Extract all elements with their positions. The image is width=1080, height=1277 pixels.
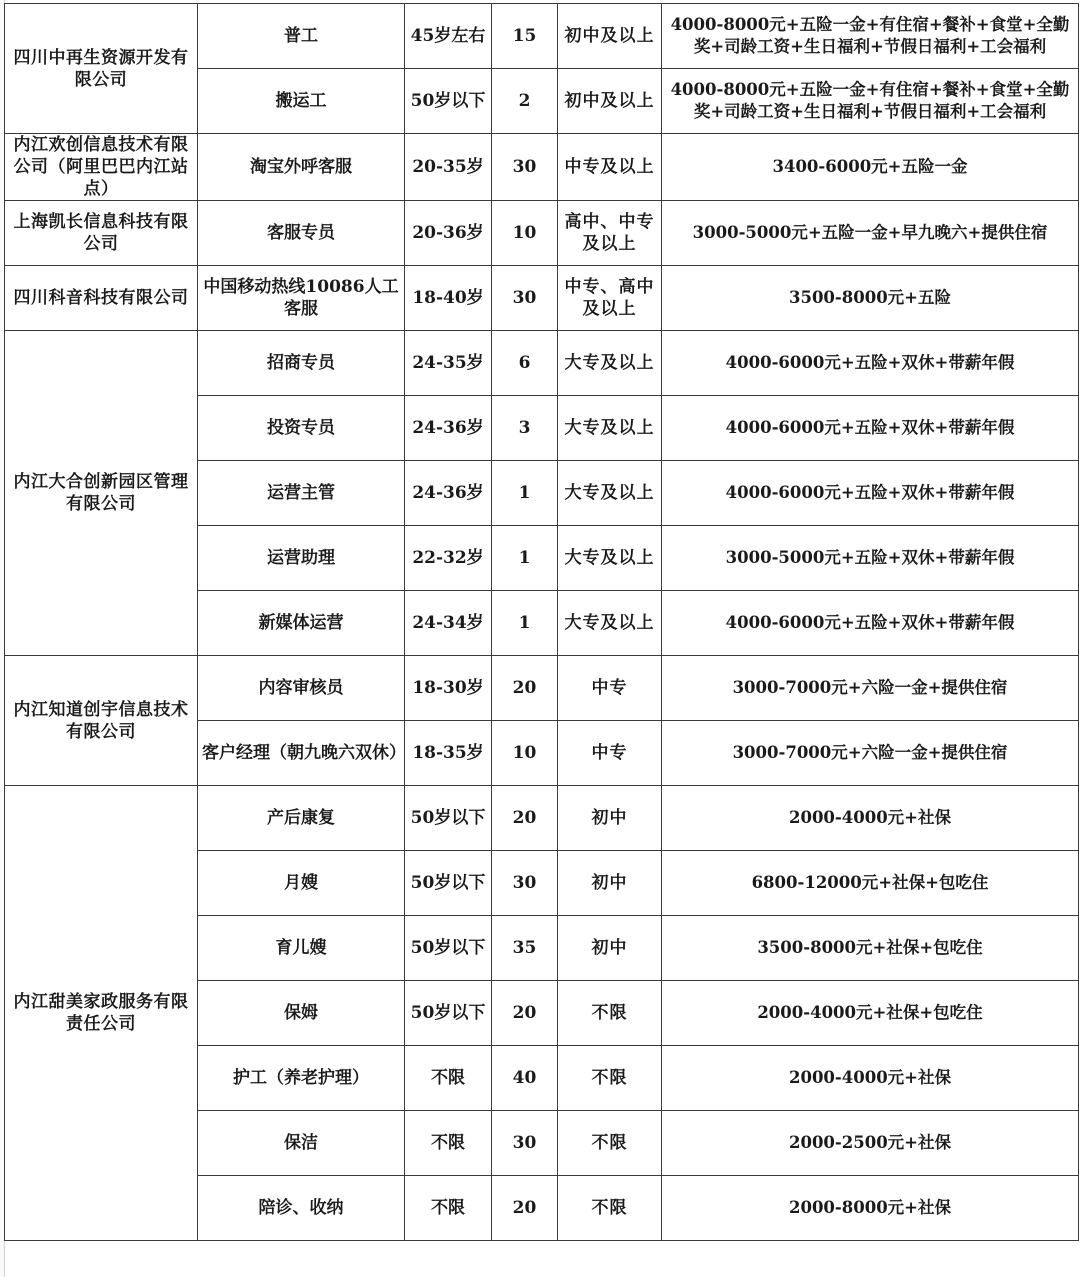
age-cell: 24-36岁: [405, 396, 492, 461]
table-row: 四川科音科技有限公司 中国移动热线10086人工客服 18-40岁 30 中专、…: [5, 266, 1079, 331]
position-cell: 陪诊、收纳: [198, 1176, 405, 1241]
position-cell: 搬运工: [198, 69, 405, 134]
count-cell: 15: [492, 4, 558, 69]
count-cell: 35: [492, 916, 558, 981]
count-cell: 30: [492, 134, 558, 201]
age-cell: 18-40岁: [405, 266, 492, 331]
education-cell: 初中: [558, 916, 662, 981]
salary-cell: 4000-6000元+五险+双休+带薪年假: [662, 591, 1079, 656]
count-cell: 30: [492, 266, 558, 331]
position-cell: 产后康复: [198, 786, 405, 851]
job-listing-table: 四川中再生资源开发有限公司 普工 45岁左右 15 初中及以上 4000-800…: [4, 3, 1079, 1241]
count-cell: 20: [492, 656, 558, 721]
company-cell: 内江甜美家政服务有限责任公司: [5, 786, 198, 1241]
education-cell: 不限: [558, 1046, 662, 1111]
age-cell: 20-36岁: [405, 201, 492, 266]
position-cell: 中国移动热线10086人工客服: [198, 266, 405, 331]
company-cell: 内江欢创信息技术有限公司（阿里巴巴内江站点）: [5, 134, 198, 201]
salary-cell: 4000-6000元+五险+双休+带薪年假: [662, 396, 1079, 461]
count-cell: 3: [492, 396, 558, 461]
education-cell: 中专: [558, 721, 662, 786]
age-cell: 18-30岁: [405, 656, 492, 721]
salary-cell: 2000-8000元+社保: [662, 1176, 1079, 1241]
age-cell: 18-35岁: [405, 721, 492, 786]
age-cell: 50岁以下: [405, 786, 492, 851]
education-cell: 不限: [558, 981, 662, 1046]
education-cell: 高中、中专及以上: [558, 201, 662, 266]
table-row: 四川中再生资源开发有限公司 普工 45岁左右 15 初中及以上 4000-800…: [5, 4, 1079, 69]
company-cell: 四川科音科技有限公司: [5, 266, 198, 331]
salary-cell: 2000-4000元+社保: [662, 1046, 1079, 1111]
count-cell: 30: [492, 1111, 558, 1176]
count-cell: 2: [492, 69, 558, 134]
salary-cell: 3400-6000元+五险一金: [662, 134, 1079, 201]
salary-cell: 2000-2500元+社保: [662, 1111, 1079, 1176]
count-cell: 10: [492, 721, 558, 786]
age-cell: 45岁左右: [405, 4, 492, 69]
position-cell: 客户经理（朝九晚六双休）: [198, 721, 405, 786]
education-cell: 中专: [558, 656, 662, 721]
position-cell: 淘宝外呼客服: [198, 134, 405, 201]
count-cell: 10: [492, 201, 558, 266]
education-cell: 中专及以上: [558, 134, 662, 201]
salary-cell: 3500-8000元+社保+包吃住: [662, 916, 1079, 981]
count-cell: 1: [492, 526, 558, 591]
count-cell: 1: [492, 591, 558, 656]
age-cell: 不限: [405, 1111, 492, 1176]
salary-cell: 6800-12000元+社保+包吃住: [662, 851, 1079, 916]
company-cell: 内江知道创宇信息技术有限公司: [5, 656, 198, 786]
salary-cell: 4000-6000元+五险+双休+带薪年假: [662, 461, 1079, 526]
age-cell: 50岁以下: [405, 981, 492, 1046]
table-row: 内江大合创新园区管理有限公司 招商专员 24-35岁 6 大专及以上 4000-…: [5, 331, 1079, 396]
age-cell: 20-35岁: [405, 134, 492, 201]
position-cell: 运营助理: [198, 526, 405, 591]
education-cell: 初中及以上: [558, 69, 662, 134]
salary-cell: 4000-6000元+五险+双休+带薪年假: [662, 331, 1079, 396]
salary-cell: 4000-8000元+五险一金+有住宿+餐补+食堂+全勤奖+司龄工资+生日福利+…: [662, 69, 1079, 134]
education-cell: 大专及以上: [558, 331, 662, 396]
age-cell: 24-34岁: [405, 591, 492, 656]
company-cell: 上海凯长信息科技有限公司: [5, 201, 198, 266]
position-cell: 客服专员: [198, 201, 405, 266]
count-cell: 30: [492, 851, 558, 916]
age-cell: 24-35岁: [405, 331, 492, 396]
age-cell: 22-32岁: [405, 526, 492, 591]
count-cell: 40: [492, 1046, 558, 1111]
salary-cell: 3000-5000元+五险一金+早九晚六+提供住宿: [662, 201, 1079, 266]
age-cell: 50岁以下: [405, 851, 492, 916]
table-row: 内江知道创宇信息技术有限公司 内容审核员 18-30岁 20 中专 3000-7…: [5, 656, 1079, 721]
age-cell: 24-36岁: [405, 461, 492, 526]
education-cell: 初中及以上: [558, 4, 662, 69]
education-cell: 大专及以上: [558, 591, 662, 656]
age-cell: 50岁以下: [405, 916, 492, 981]
salary-cell: 4000-8000元+五险一金+有住宿+餐补+食堂+全勤奖+司龄工资+生日福利+…: [662, 4, 1079, 69]
table-row: 内江甜美家政服务有限责任公司 产后康复 50岁以下 20 初中 2000-400…: [5, 786, 1079, 851]
salary-cell: 2000-4000元+社保: [662, 786, 1079, 851]
education-cell: 初中: [558, 851, 662, 916]
position-cell: 普工: [198, 4, 405, 69]
table-row: 上海凯长信息科技有限公司 客服专员 20-36岁 10 高中、中专及以上 300…: [5, 201, 1079, 266]
position-cell: 育儿嫂: [198, 916, 405, 981]
education-cell: 不限: [558, 1176, 662, 1241]
salary-cell: 3000-7000元+六险一金+提供住宿: [662, 656, 1079, 721]
education-cell: 大专及以上: [558, 526, 662, 591]
count-cell: 20: [492, 981, 558, 1046]
age-cell: 50岁以下: [405, 69, 492, 134]
position-cell: 招商专员: [198, 331, 405, 396]
count-cell: 1: [492, 461, 558, 526]
position-cell: 保姆: [198, 981, 405, 1046]
salary-cell: 2000-4000元+社保+包吃住: [662, 981, 1079, 1046]
company-cell: 四川中再生资源开发有限公司: [5, 4, 198, 134]
education-cell: 初中: [558, 786, 662, 851]
position-cell: 内容审核员: [198, 656, 405, 721]
position-cell: 运营主管: [198, 461, 405, 526]
education-cell: 中专、高中及以上: [558, 266, 662, 331]
position-cell: 新媒体运营: [198, 591, 405, 656]
education-cell: 大专及以上: [558, 461, 662, 526]
count-cell: 6: [492, 331, 558, 396]
education-cell: 不限: [558, 1111, 662, 1176]
position-cell: 月嫂: [198, 851, 405, 916]
count-cell: 20: [492, 786, 558, 851]
position-cell: 保洁: [198, 1111, 405, 1176]
salary-cell: 3500-8000元+五险: [662, 266, 1079, 331]
age-cell: 不限: [405, 1046, 492, 1111]
position-cell: 投资专员: [198, 396, 405, 461]
salary-cell: 3000-5000元+五险+双休+带薪年假: [662, 526, 1079, 591]
table-row: 内江欢创信息技术有限公司（阿里巴巴内江站点） 淘宝外呼客服 20-35岁 30 …: [5, 134, 1079, 201]
age-cell: 不限: [405, 1176, 492, 1241]
education-cell: 大专及以上: [558, 396, 662, 461]
company-cell: 内江大合创新园区管理有限公司: [5, 331, 198, 656]
count-cell: 20: [492, 1176, 558, 1241]
salary-cell: 3000-7000元+六险一金+提供住宿: [662, 721, 1079, 786]
position-cell: 护工（养老护理）: [198, 1046, 405, 1111]
